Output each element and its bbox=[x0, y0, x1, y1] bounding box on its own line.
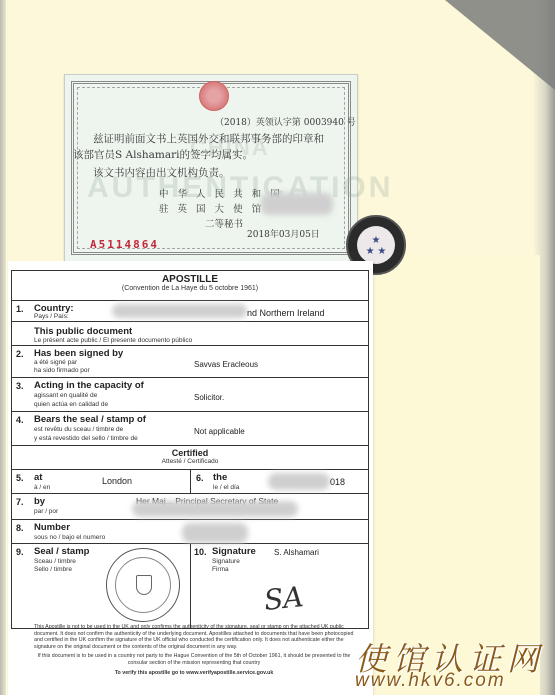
footer-verify-link: To verify this apostille go to www.verif… bbox=[34, 670, 354, 677]
field-at-the: 5. at à / en London 6. the le / el día 0… bbox=[12, 470, 368, 494]
footer-hague-note: If this document is to be used in a coun… bbox=[34, 653, 354, 666]
certified-header: Certified Attesté / Certificado bbox=[12, 446, 368, 470]
redacted-signature bbox=[261, 193, 333, 215]
field-signed-by: 2. Has been signed by a été signé par ha… bbox=[12, 346, 368, 378]
redacted-number bbox=[182, 523, 248, 543]
field-seal-signature: 9. Seal / stamp Sceau / timbre Sello / t… bbox=[12, 544, 368, 628]
cream-panel bbox=[375, 255, 540, 695]
page-edge bbox=[0, 0, 6, 695]
apostille-header: APOSTILLE (Convention de La Haye du 5 oc… bbox=[12, 271, 368, 301]
apostille-subtitle: (Convention de La Haye du 5 octobre 1961… bbox=[12, 285, 368, 294]
certificate-serial: A5114864 bbox=[90, 238, 159, 251]
apostille-footer: This Apostille is not to be used in the … bbox=[34, 624, 354, 676]
fco-stamp bbox=[106, 548, 180, 622]
field-seal-of: 4. Bears the seal / stamp of est revêtu … bbox=[12, 412, 368, 446]
apostille-document: APOSTILLE (Convention de La Haye du 5 oc… bbox=[8, 261, 373, 695]
field-capacity: 3. Acting in the capacity of agissant en… bbox=[12, 378, 368, 412]
redacted-country bbox=[112, 304, 247, 318]
issuer-line-2: 驻 英 国 大 使 馆 bbox=[159, 201, 264, 215]
apostille-title: APOSTILLE bbox=[12, 271, 368, 285]
certificate-line-3: 该文书内容由出文机构负责。 bbox=[93, 165, 230, 180]
royal-crest-icon bbox=[136, 575, 152, 595]
national-emblem-icon bbox=[199, 81, 229, 111]
field-public-document: This public document Le présent acte pub… bbox=[12, 322, 368, 346]
certificate-line-1: 兹证明前面文书上英国外交和联邦事务部的印章和 bbox=[93, 131, 324, 146]
handwritten-signature: SA bbox=[262, 580, 305, 617]
footer-disclaimer: This Apostille is not to be used in the … bbox=[34, 624, 354, 650]
certificate-date: 2018年03月05日 bbox=[247, 227, 320, 240]
signatory-name: S. Alshamari bbox=[274, 548, 319, 557]
place-value: London bbox=[102, 476, 132, 486]
scan-corner-shadow bbox=[445, 0, 555, 90]
certificate-line-2: 该部官员S Alshamari的签字均属实。 bbox=[73, 147, 253, 162]
site-watermark: 使馆认证网 www.hkv6.com bbox=[355, 634, 555, 694]
apostille-table: APOSTILLE (Convention de La Haye du 5 oc… bbox=[11, 270, 369, 629]
site-watermark-url: www.hkv6.com bbox=[355, 670, 506, 692]
country-value: nd Northern Ireland bbox=[247, 308, 325, 318]
field-number: 8. Number sous no / bajo el numero bbox=[12, 520, 368, 544]
field-by: 7. by par / por Her Maj... Principal Sec… bbox=[12, 494, 368, 520]
capacity-value: Solicitor. bbox=[194, 393, 224, 402]
seal-of-value: Not applicable bbox=[194, 427, 245, 436]
date-value: 018 bbox=[330, 477, 345, 487]
stars-icon: ★★ ★ bbox=[357, 235, 395, 257]
china-authentication-certificate: CHINA AUTHENTICATION （2018）英领认字第 0003940… bbox=[64, 74, 358, 262]
signed-by-value: Savvas Eracleous bbox=[194, 360, 258, 369]
redacted-date bbox=[268, 473, 330, 490]
certificate-reference: （2018）英领认字第 0003940 号 bbox=[215, 115, 356, 128]
field-country: 1. Country: Pays / País: nd Northern Ire… bbox=[12, 301, 368, 322]
redacted-authority bbox=[132, 501, 298, 517]
issuer-title: 二等秘书 bbox=[205, 216, 243, 230]
